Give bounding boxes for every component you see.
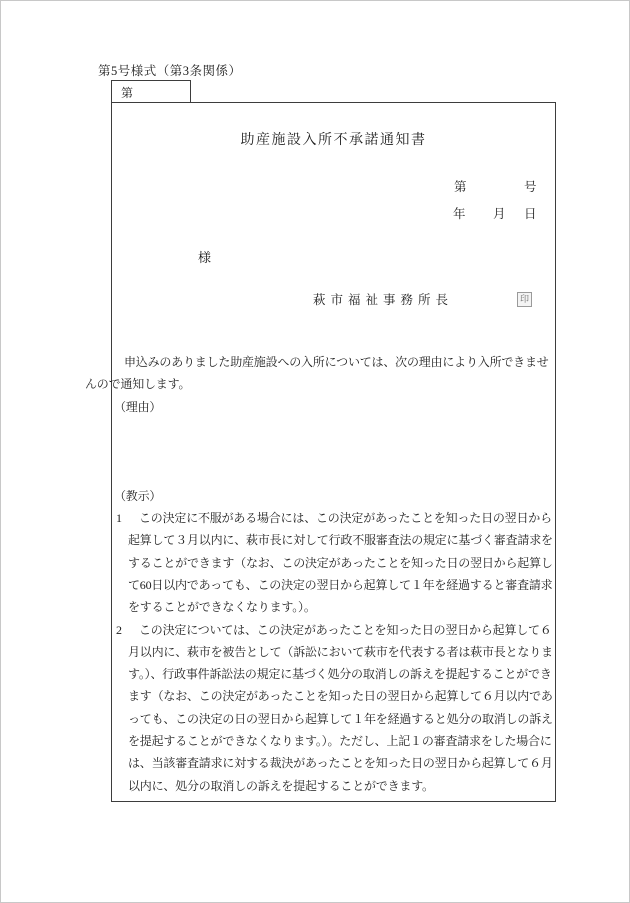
- addressee-honorific: 様: [198, 247, 211, 266]
- instruction-item-2-number: 2: [116, 619, 139, 641]
- form-style-label: 第5号様式（第3条関係）: [98, 61, 242, 79]
- notice-body: 申込みのありました助産施設への入所については、次の理由により入所できませ んので…: [112, 351, 554, 797]
- instruction-item-2-line-5: っても、この決定の日の翌日から起算して１年を経過すると処分の取消しの訴え: [112, 708, 554, 730]
- document-number-prefix: 第: [454, 177, 467, 195]
- instruction-item-1-line-3: することができます（なお、この決定があったことを知った日の翌日から起算し: [112, 552, 554, 574]
- document-number-suffix: 号: [524, 177, 537, 195]
- instruction-item-2-line-6: を提起することができなくなります。）。ただし、上記１の審査請求をした場合に: [112, 730, 554, 752]
- instruction-item-2-line-3: す。）、行政事件訴訟法の規定に基づく処分の取消しの訴えを提起することができ: [112, 663, 554, 685]
- instruction-item-2-line-8: 以内に、処分の取消しの訴えを提起することができます。: [112, 775, 554, 797]
- notice-form-box: 助産施設入所不承諾通知書 第 号 年 月 日 様 萩市福祉事務所長 印 申込みの…: [111, 102, 556, 802]
- instruction-label: （教示）: [112, 485, 554, 507]
- instruction-item-1-line-1: 1この決定に不服がある場合には、この決定があったことを知った日の翌日から: [112, 507, 554, 529]
- instruction-item-2-line-7: は、当該審査請求に対する裁決があったことを知った日の翌日から起算して６月: [112, 752, 554, 774]
- instruction-item-2-line-4: ます（なお、この決定があったことを知った日の翌日から起算して６月以内であ: [112, 685, 554, 707]
- corner-box-label: 第: [121, 84, 133, 101]
- date-month-label: 月: [493, 204, 506, 222]
- body-line-1: 申込みのありました助産施設への入所については、次の理由により入所できませ: [112, 351, 554, 373]
- seal-mark-icon: 印: [517, 292, 532, 307]
- document-title: 助産施設入所不承諾通知書: [112, 129, 555, 149]
- date-day-label: 日: [524, 204, 537, 222]
- instruction-item-2-line-1: 2この決定については、この決定があったことを知った日の翌日から起算して６: [112, 619, 554, 641]
- instruction-item-1-line-2: 起算して３月以内に、萩市長に対して行政不服審査法の規定に基づく審査請求を: [112, 529, 554, 551]
- date-year-label: 年: [453, 204, 466, 222]
- instruction-item-2-text: この決定については、この決定があったことを知った日の翌日から起算して６: [139, 623, 552, 637]
- instruction-item-1-text: この決定に不服がある場合には、この決定があったことを知った日の翌日から: [139, 511, 552, 525]
- document-page: 第5号様式（第3条関係） 第 助産施設入所不承諾通知書 第 号 年 月 日 様 …: [0, 0, 630, 903]
- body-line-2: んので通知します。: [85, 373, 554, 395]
- instruction-item-1-line-5: をすることができなくなります。）。: [112, 596, 554, 618]
- reason-blank-area: [112, 418, 554, 485]
- reason-label: （理由）: [112, 396, 554, 418]
- instruction-item-1-line-4: て60日以内であっても、この決定の翌日から起算して１年を経過すると審査請求: [112, 574, 554, 596]
- document-number-corner-box: 第: [111, 80, 191, 102]
- instruction-item-1-number: 1: [116, 507, 139, 529]
- issuer-name: 萩市福祉事務所長: [313, 290, 453, 308]
- instruction-item-2-line-2: 月以内に、萩市を被告として（訴訟において萩市を代表する者は萩市長となりま: [112, 641, 554, 663]
